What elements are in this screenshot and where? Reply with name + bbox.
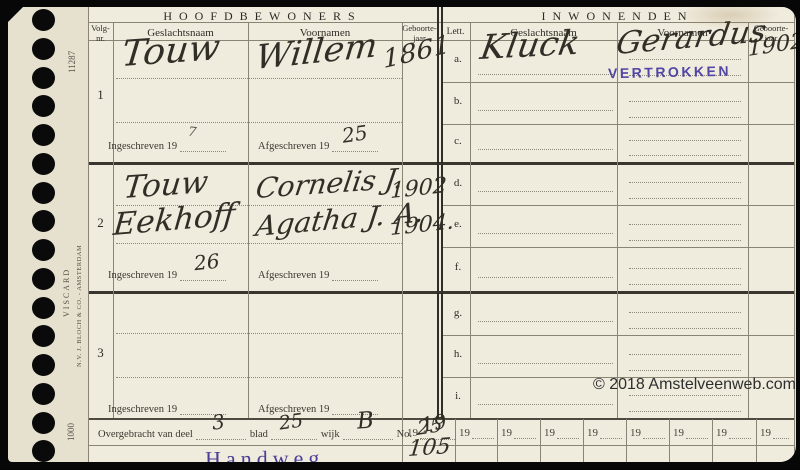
dotted-blank: 3 bbox=[196, 428, 246, 440]
volgnr-line1: Volg- bbox=[91, 23, 110, 33]
writing-line bbox=[629, 182, 741, 183]
right-table-title: INWONENDEN bbox=[441, 9, 794, 24]
handwritten-ingeschreven-2: 26 bbox=[193, 251, 220, 274]
label-text: Afgeschreven 19 bbox=[258, 141, 329, 152]
handwritten-deel: 3 bbox=[211, 411, 226, 432]
grid-vline bbox=[88, 7, 89, 462]
grid-vline bbox=[756, 419, 757, 462]
column-header-volgnr: Volg- nr. bbox=[88, 23, 113, 43]
writing-line bbox=[629, 117, 741, 118]
year-prefix: 19 bbox=[716, 427, 727, 439]
dotted-blank: 25 bbox=[332, 140, 378, 152]
year-cell: 19 bbox=[544, 426, 579, 439]
label-text: Ingeschreven 19 bbox=[108, 270, 177, 281]
writing-line bbox=[629, 284, 741, 285]
punch-hole bbox=[32, 67, 55, 89]
row-letter: i. bbox=[447, 390, 469, 402]
transfer-row: Overgebracht van deel 3 blad 25 wijk B N… bbox=[98, 427, 455, 440]
printer-name: N.V. J. BLOCH & CO. - AMSTERDAM bbox=[76, 167, 83, 367]
dotted-blank: 7 bbox=[180, 140, 226, 152]
punch-hole bbox=[32, 153, 55, 175]
writing-line bbox=[478, 74, 613, 75]
volgnr-line2: nr. bbox=[96, 33, 105, 43]
year-prefix: 19 bbox=[630, 427, 641, 439]
year-cell: 19 bbox=[716, 426, 751, 439]
writing-line bbox=[116, 377, 402, 378]
writing-line bbox=[478, 191, 613, 192]
writing-line bbox=[629, 155, 741, 156]
handwritten-surname: Kluck bbox=[478, 26, 582, 65]
year-cell: 19 bbox=[459, 426, 494, 439]
handwritten-wijk: B bbox=[356, 409, 374, 433]
writing-line bbox=[629, 224, 741, 225]
row-letter: h. bbox=[447, 348, 469, 360]
afgeschreven-label-1: Afgeschreven 19 25 bbox=[258, 139, 378, 152]
writing-line bbox=[478, 404, 613, 405]
dotted-blank bbox=[729, 428, 751, 439]
ingeschreven-label-2: Ingeschreven 19 26 bbox=[108, 268, 226, 281]
writing-line bbox=[629, 354, 741, 355]
dotted-blank bbox=[773, 428, 789, 439]
ingeschreven-label-3: Ingeschreven 19 bbox=[108, 402, 226, 415]
row-letter: d. bbox=[447, 177, 469, 189]
writing-line bbox=[629, 395, 741, 396]
handwritten-ingeschreven-1: 7 bbox=[187, 126, 197, 140]
punch-hole bbox=[32, 210, 55, 232]
year-cell: 19 bbox=[673, 426, 708, 439]
grid-vline bbox=[402, 22, 403, 462]
label-text: Ingeschreven 19 bbox=[108, 404, 177, 415]
year-prefix: 19 bbox=[673, 427, 684, 439]
handwritten-number-105: 105 bbox=[407, 436, 452, 461]
writing-line bbox=[629, 328, 741, 329]
transfer-deel-label: Overgebracht van deel bbox=[98, 429, 193, 440]
writing-line bbox=[629, 240, 741, 241]
inwonenden-row: c. bbox=[441, 124, 794, 162]
writing-line bbox=[478, 233, 613, 234]
punch-hole bbox=[32, 239, 55, 261]
year-cell: 19 bbox=[630, 426, 665, 439]
writing-line bbox=[478, 321, 613, 322]
punch-hole bbox=[32, 95, 55, 117]
writing-line bbox=[116, 78, 402, 79]
row-letter: g. bbox=[447, 307, 469, 319]
row-letter: b. bbox=[447, 95, 469, 107]
inwonenden-row: e. bbox=[441, 205, 794, 247]
punch-hole bbox=[32, 354, 55, 376]
afgeschreven-label-2: Afgeschreven 19 bbox=[258, 268, 378, 281]
dotted-blank bbox=[643, 428, 665, 439]
writing-line bbox=[478, 363, 613, 364]
grid-vline bbox=[712, 419, 713, 462]
scanned-register-card: 11287 VISCARD N.V. J. BLOCH & CO. - AMST… bbox=[0, 0, 800, 470]
label-text: Afgeschreven 19 bbox=[258, 270, 329, 281]
punch-hole bbox=[32, 325, 55, 347]
writing-line bbox=[478, 110, 613, 111]
inwonenden-row: g. bbox=[441, 294, 794, 335]
dotted-blank: 25 bbox=[271, 428, 317, 440]
writing-line bbox=[478, 277, 613, 278]
dotted-blank bbox=[472, 428, 494, 439]
year-prefix: 19 bbox=[587, 427, 598, 439]
writing-line bbox=[629, 198, 741, 199]
volgnr-2: 2 bbox=[93, 215, 108, 231]
dotted-blank bbox=[557, 428, 579, 439]
card-paper: 11287 VISCARD N.V. J. BLOCH & CO. - AMST… bbox=[8, 7, 796, 462]
year-prefix: 19 bbox=[501, 427, 512, 439]
handwritten-afgeschreven-1: 25 bbox=[341, 122, 369, 145]
grid-vline bbox=[540, 419, 541, 462]
writing-line bbox=[116, 333, 402, 334]
vertrokken-stamp: VERTROKKEN bbox=[608, 63, 731, 82]
year-prefix: 19 bbox=[760, 427, 771, 439]
grid-vline bbox=[497, 419, 498, 462]
dotted-blank bbox=[686, 428, 708, 439]
dotted-blank bbox=[600, 428, 622, 439]
grid-vline bbox=[248, 22, 249, 418]
grid-vline bbox=[583, 419, 584, 462]
handwritten-surname: Touw bbox=[122, 167, 210, 204]
card-corner-cut bbox=[8, 7, 23, 22]
row-letter: f. bbox=[447, 261, 469, 273]
writing-line bbox=[629, 140, 741, 141]
serial-number-bottom: 1000 bbox=[66, 399, 76, 441]
dotted-blank: B bbox=[343, 428, 393, 440]
label-text: Ingeschreven 19 bbox=[108, 141, 177, 152]
copyright-watermark: © 2018 Amstelveenweb.com bbox=[593, 376, 796, 394]
punch-hole bbox=[32, 124, 55, 146]
year-prefix: 19 bbox=[459, 427, 470, 439]
writing-line bbox=[629, 312, 741, 313]
punch-hole bbox=[32, 383, 55, 405]
row-letter: c. bbox=[447, 135, 469, 147]
punch-hole bbox=[32, 440, 55, 462]
writing-line bbox=[629, 268, 741, 269]
year-cell: 19 bbox=[587, 426, 622, 439]
grid-vline bbox=[455, 419, 456, 462]
punch-hole bbox=[32, 9, 55, 31]
inwonenden-row: d. bbox=[441, 165, 794, 205]
punch-hole bbox=[32, 38, 55, 60]
year-cell: 19 bbox=[501, 426, 536, 439]
writing-line bbox=[116, 243, 402, 244]
handwritten-surname: Touw bbox=[120, 30, 222, 73]
transfer-blad-label: blad bbox=[250, 429, 268, 440]
grid-vline bbox=[626, 419, 627, 462]
handwritten-blad: 25 bbox=[278, 411, 305, 433]
handweg-street-stamp: Handweg bbox=[205, 445, 325, 462]
birthyear-line1: Geboorte- bbox=[402, 23, 436, 33]
volgnr-1: 1 bbox=[93, 87, 108, 103]
inwonenden-row: h. bbox=[441, 335, 794, 377]
left-table-title: HOOFDBEWONERS bbox=[88, 9, 437, 24]
dotted-blank bbox=[514, 428, 536, 439]
row-letter: a. bbox=[447, 53, 469, 65]
dotted-blank bbox=[332, 269, 378, 281]
year-cell: 19 bbox=[760, 426, 789, 439]
ingeschreven-label-1: Ingeschreven 19 7 bbox=[108, 139, 226, 152]
punch-hole bbox=[32, 412, 55, 434]
writing-line bbox=[629, 101, 741, 102]
writing-line bbox=[629, 370, 741, 371]
inwonenden-row: b. bbox=[441, 82, 794, 124]
serial-number-top: 11287 bbox=[67, 21, 77, 73]
row-letter: e. bbox=[447, 218, 469, 230]
punch-hole bbox=[32, 297, 55, 319]
writing-line bbox=[629, 411, 741, 412]
transfer-wijk-label: wijk bbox=[321, 429, 340, 440]
writing-line bbox=[478, 149, 613, 150]
inwonenden-row: f. bbox=[441, 247, 794, 291]
punch-hole bbox=[32, 182, 55, 204]
dotted-blank: 26 bbox=[180, 269, 226, 281]
printer-brand: VISCARD bbox=[62, 217, 71, 317]
year-prefix: 19 bbox=[544, 427, 555, 439]
volgnr-3: 3 bbox=[93, 345, 108, 361]
punch-hole bbox=[32, 268, 55, 290]
grid-vline bbox=[669, 419, 670, 462]
